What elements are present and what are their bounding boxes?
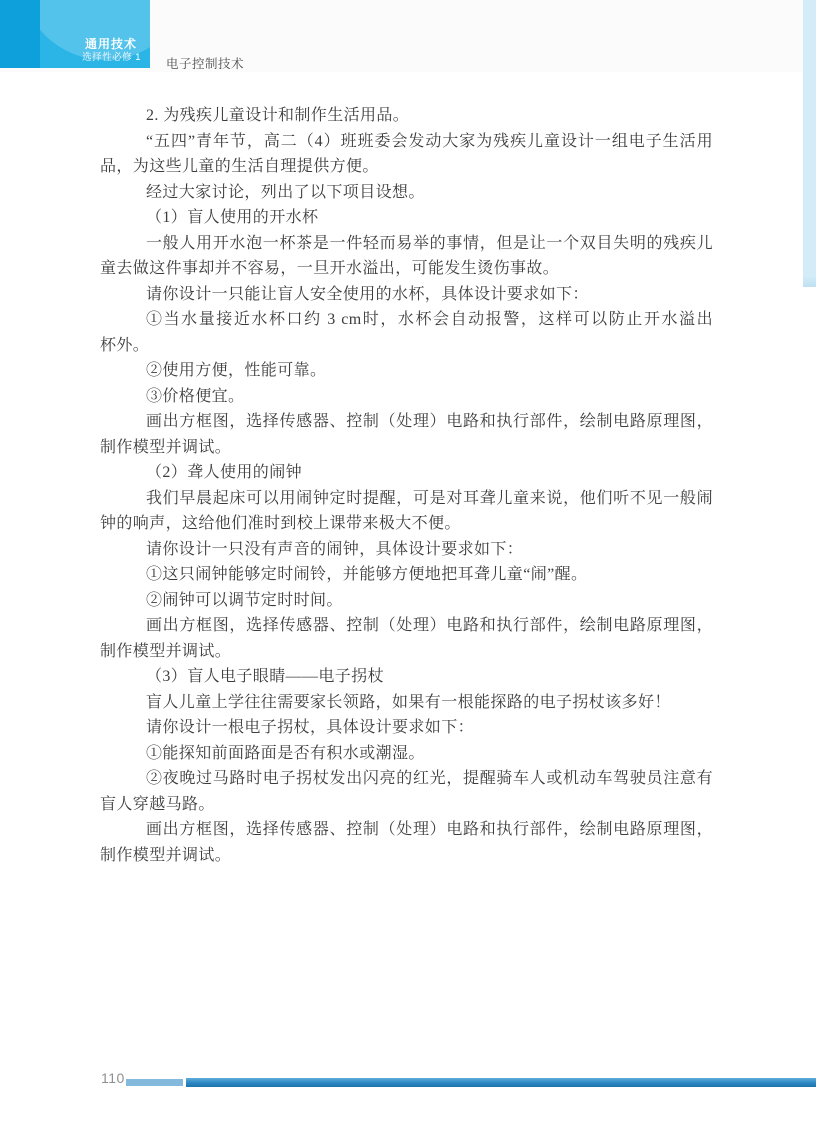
text-line: 杯外。 (100, 333, 713, 359)
text-line: “五四”青年节，高二（4）班班委会发动大家为残疾儿童设计一组电子生活用 (100, 129, 713, 155)
text-line: 请你设计一只能让盲人安全使用的水杯，具体设计要求如下： (100, 282, 713, 308)
text-line: ②闹钟可以调节定时时间。 (100, 588, 713, 614)
text-line: ①这只闹钟能够定时闹铃，并能够方便地把耳聋儿童“闹”醒。 (100, 562, 713, 588)
text-line: 请你设计一根电子拐杖，具体设计要求如下： (100, 715, 713, 741)
footer-accent-bar-dark (186, 1078, 816, 1087)
body-text: 2. 为残疾儿童设计和制作生活用品。“五四”青年节，高二（4）班班委会发动大家为… (100, 103, 713, 868)
text-line: 画出方框图，选择传感器、控制（处理）电路和执行部件，绘制电路原理图， (100, 613, 713, 639)
text-line: 盲人儿童上学往往需要家长领路，如果有一根能探路的电子拐杖该多好！ (100, 690, 713, 716)
text-line: 童去做这件事却并不容易，一旦开水溢出，可能发生烫伤事故。 (100, 256, 713, 282)
page-number: 110 (101, 1070, 125, 1086)
text-line: ③价格便宜。 (100, 384, 713, 410)
series-title: 通用技术 (40, 37, 150, 52)
series-subtitle: 选择性必修 1 (40, 52, 150, 64)
series-badge: 通用技术 选择性必修 1 (40, 0, 150, 68)
text-line: 盲人穿越马路。 (100, 792, 713, 818)
footer-accent-bar-light (126, 1079, 183, 1086)
header-corner-accent (0, 0, 40, 68)
text-line: 钟的响声，这给他们准时到校上课带来极大不便。 (100, 511, 713, 537)
page-header: 通用技术 选择性必修 1 电子控制技术 (0, 0, 816, 72)
text-line: 画出方框图，选择传感器、控制（处理）电路和执行部件，绘制电路原理图， (100, 409, 713, 435)
text-line: （1）盲人使用的开水杯 (100, 205, 713, 231)
text-line: ①当水量接近水杯口约 3 cm时，水杯会自动报警，这样可以防止开水溢出 (100, 307, 713, 333)
text-line: 我们早晨起床可以用闹钟定时提醒，可是对耳聋儿童来说，他们听不见一般闹 (100, 486, 713, 512)
text-line: 请你设计一只没有声音的闹钟，具体设计要求如下： (100, 537, 713, 563)
text-line: 经过大家讨论，列出了以下项目设想。 (100, 180, 713, 206)
text-line: 一般人用开水泡一杯茶是一件轻而易举的事情，但是让一个双目失明的残疾儿 (100, 231, 713, 257)
text-line: 制作模型并调试。 (100, 639, 713, 665)
text-line: ②使用方便，性能可靠。 (100, 358, 713, 384)
book-title: 电子控制技术 (166, 54, 244, 72)
text-line: 品，为这些儿童的生活自理提供方便。 (100, 154, 713, 180)
text-line: （3）盲人电子眼睛——电子拐杖 (100, 664, 713, 690)
text-line: 制作模型并调试。 (100, 843, 713, 869)
text-line: 画出方框图，选择传感器、控制（处理）电路和执行部件，绘制电路原理图， (100, 817, 713, 843)
text-line: ②夜晚过马路时电子拐杖发出闪亮的红光，提醒骑车人或机动车驾驶员注意有 (100, 766, 713, 792)
text-line: 2. 为残疾儿童设计和制作生活用品。 (100, 103, 713, 129)
page-edge-tab (803, 0, 816, 287)
text-line: 制作模型并调试。 (100, 435, 713, 461)
textbook-page: 通用技术 选择性必修 1 电子控制技术 2. 为残疾儿童设计和制作生活用品。“五… (0, 0, 816, 1145)
text-line: （2）聋人使用的闹钟 (100, 460, 713, 486)
text-line: ①能探知前面路面是否有积水或潮湿。 (100, 741, 713, 767)
